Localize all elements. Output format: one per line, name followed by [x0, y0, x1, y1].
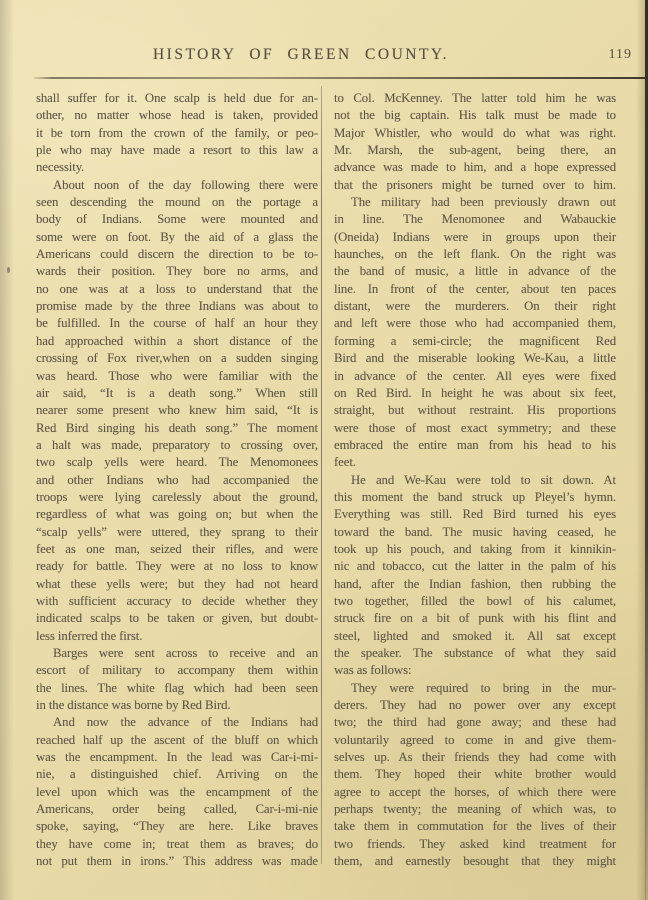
text-line: forming a semi-circle; the magnificent R…: [334, 333, 616, 350]
text-line: He and We-Kau were told to sit down. At: [334, 472, 616, 489]
text-line: Major Whistler, who would do what was ri…: [334, 125, 616, 142]
text-line: Bird and the miserable looking We-Kau, a…: [334, 350, 616, 367]
text-line: other, no matter whose head is taken, pr…: [36, 107, 318, 124]
text-line: (Oneida) Indians were in groups upon the…: [334, 229, 616, 246]
text-line: nearer some present who knew him said, “…: [36, 402, 318, 419]
text-line: the speaker. The substance of what they …: [334, 645, 616, 662]
text-line: in advance of the center. All eyes were …: [334, 368, 616, 385]
text-line: not put them in irons.” This address was…: [36, 853, 318, 870]
text-line: them, and earnestly besought that they m…: [334, 853, 616, 870]
right-column: to Col. McKenney. The latter told him he…: [334, 90, 616, 870]
text-line: derers. They had no power over any excep…: [334, 697, 616, 714]
text-line: to Col. McKenney. The latter told him he…: [334, 90, 616, 107]
text-line: feet as one man, seized their rifles, an…: [36, 541, 318, 558]
text-line: not the big captain. His talk must be ma…: [334, 107, 616, 124]
text-line: two together, filled the bowl of his cal…: [334, 593, 616, 610]
text-line: that the prisoners might be turned over …: [334, 177, 616, 194]
text-line: spoke, saying, “They are here. Like brav…: [36, 818, 318, 835]
text-line: nic and tobacco, cut the latter in the p…: [334, 558, 616, 575]
text-line: Americans could discern the direction to…: [36, 246, 318, 263]
text-line: Red Bird singing his death song.” The mo…: [36, 420, 318, 437]
text-line: they have come in; treat them as braves;…: [36, 836, 318, 853]
text-line: “scalp yells” were uttered, they sprang …: [36, 524, 318, 541]
text-line: They were required to bring in the mur-: [334, 680, 616, 697]
text-line: steel, lighted and smoked it. All sat ex…: [334, 628, 616, 645]
text-line: escort of military to accompany them wit…: [36, 662, 318, 679]
text-line: the band of music, a little in advance o…: [334, 263, 616, 280]
left-column: shall suffer for it. One scalp is held d…: [36, 90, 318, 870]
text-line: agree to accept the horses, of which the…: [334, 784, 616, 801]
text-line: distant, were the murderers. On their ri…: [334, 298, 616, 315]
text-line: regardless of what was going on; but whe…: [36, 506, 318, 523]
text-line: this moment the band struck up Pleyel’s …: [334, 489, 616, 506]
text-line: what these yells were; but they had not …: [36, 576, 318, 593]
text-line: promise made by the three Indians was ab…: [36, 298, 318, 315]
text-line: the lines. The white flag which had been…: [36, 680, 318, 697]
text-line: less inferred the first.: [36, 628, 318, 645]
text-line: wards their position. They bore no arms,…: [36, 263, 318, 280]
text-line: perhaps twenty; the meaning of which was…: [334, 801, 616, 818]
text-line: straight, but without restraint. His pro…: [334, 402, 616, 419]
text-line: indicated scalps to be taken or given, b…: [36, 610, 318, 627]
text-line: And now the advance of the Indians had: [36, 714, 318, 731]
text-line: and other Indians who had accompanied th…: [36, 472, 318, 489]
text-line: embraced the entire man from his head to…: [334, 437, 616, 454]
text-line: them. They hoped their white brother wou…: [334, 766, 616, 783]
text-line: voluntarily agreed to come in and give t…: [334, 732, 616, 749]
text-line: Everything was still. Red Bird turned hi…: [334, 506, 616, 523]
text-line: The military had been previously drawn o…: [334, 194, 616, 211]
text-line: About noon of the day following there we…: [36, 177, 318, 194]
text-line: toward the band. The music having ceased…: [334, 524, 616, 541]
text-line: on Red Bird. In height he was about six …: [334, 385, 616, 402]
text-line: be fulfilled. In the course of half an h…: [36, 315, 318, 332]
text-line: was heard. Those who were familiar with …: [36, 368, 318, 385]
text-line: reached half up the ascent of the bluff …: [36, 732, 318, 749]
text-line: had approached within a short distance o…: [36, 333, 318, 350]
text-line: was the encampment. In the lead was Car-…: [36, 749, 318, 766]
text-line: feet.: [334, 454, 616, 471]
text-line: in line. The Menomonee and Wabauckie: [334, 211, 616, 228]
text-line: was as follows:: [334, 662, 616, 679]
running-header-title: HISTORY OF GREEN COUNTY.: [0, 46, 602, 64]
text-line: Americans, order being called, Car-i-mi-…: [36, 801, 318, 818]
text-line: ready for battle. They were at no loss t…: [36, 558, 318, 575]
text-line: struck fire on a bit of punk with his fl…: [334, 610, 616, 627]
column-divider: [321, 86, 322, 864]
text-line: body of Indians. Some were mounted and: [36, 211, 318, 228]
text-line: air said, “It is a death song.” When sti…: [36, 385, 318, 402]
text-line: two friends. They asked kind treatment f…: [334, 836, 616, 853]
text-line: haunches, on the left flank. On the righ…: [334, 246, 616, 263]
text-line: Mr. Marsh, the sub-agent, being there, a…: [334, 142, 616, 159]
text-line: some were on foot. By the aid of a glass…: [36, 229, 318, 246]
text-line: level upon which was the encampment of t…: [36, 784, 318, 801]
text-line: in the distance was borne by Red Bird.: [36, 697, 318, 714]
text-line: a halt was made, preparatory to crossing…: [36, 437, 318, 454]
text-line: troops were lying carelessly about the g…: [36, 489, 318, 506]
text-line: ple who may have made a resort to this l…: [36, 142, 318, 159]
text-line: line. In front of the center, about ten …: [334, 281, 616, 298]
text-line: two scalp yells were heard. The Menomone…: [36, 454, 318, 471]
page-number: 119: [609, 47, 632, 63]
text-line: take them in commutation for the lives o…: [334, 818, 616, 835]
scan-edge-left: [0, 0, 14, 900]
paper-speck: [7, 267, 10, 273]
header-rule: [34, 77, 648, 79]
book-page: HISTORY OF GREEN COUNTY. 119 shall suffe…: [0, 0, 648, 900]
text-line: with sufficient accuracy to decide wheth…: [36, 593, 318, 610]
text-line: shall suffer for it. One scalp is held d…: [36, 90, 318, 107]
text-line: it be torn from the crown of the family,…: [36, 125, 318, 142]
text-line: seen descending the mound on the portage…: [36, 194, 318, 211]
scan-edge-right-fade: [636, 0, 646, 900]
text-line: advance was made to him, and a hope expr…: [334, 159, 616, 176]
text-line: were those of most exact symmetry; and t…: [334, 420, 616, 437]
text-line: necessity.: [36, 159, 318, 176]
text-line: no one was at a loss to understand that …: [36, 281, 318, 298]
text-line: nie, a distinguished chief. Arriving on …: [36, 766, 318, 783]
text-line: took up his pouch, and taking from it ki…: [334, 541, 616, 558]
text-line: two; the third had gone away; and these …: [334, 714, 616, 731]
text-line: crossing of Fox river,when on a sudden s…: [36, 350, 318, 367]
text-line: Barges were sent across to receive and a…: [36, 645, 318, 662]
text-line: selves up. As their friends they had com…: [334, 749, 616, 766]
text-line: hand, after the Indian fashion, then rub…: [334, 576, 616, 593]
text-line: and left were those who had accompanied …: [334, 315, 616, 332]
